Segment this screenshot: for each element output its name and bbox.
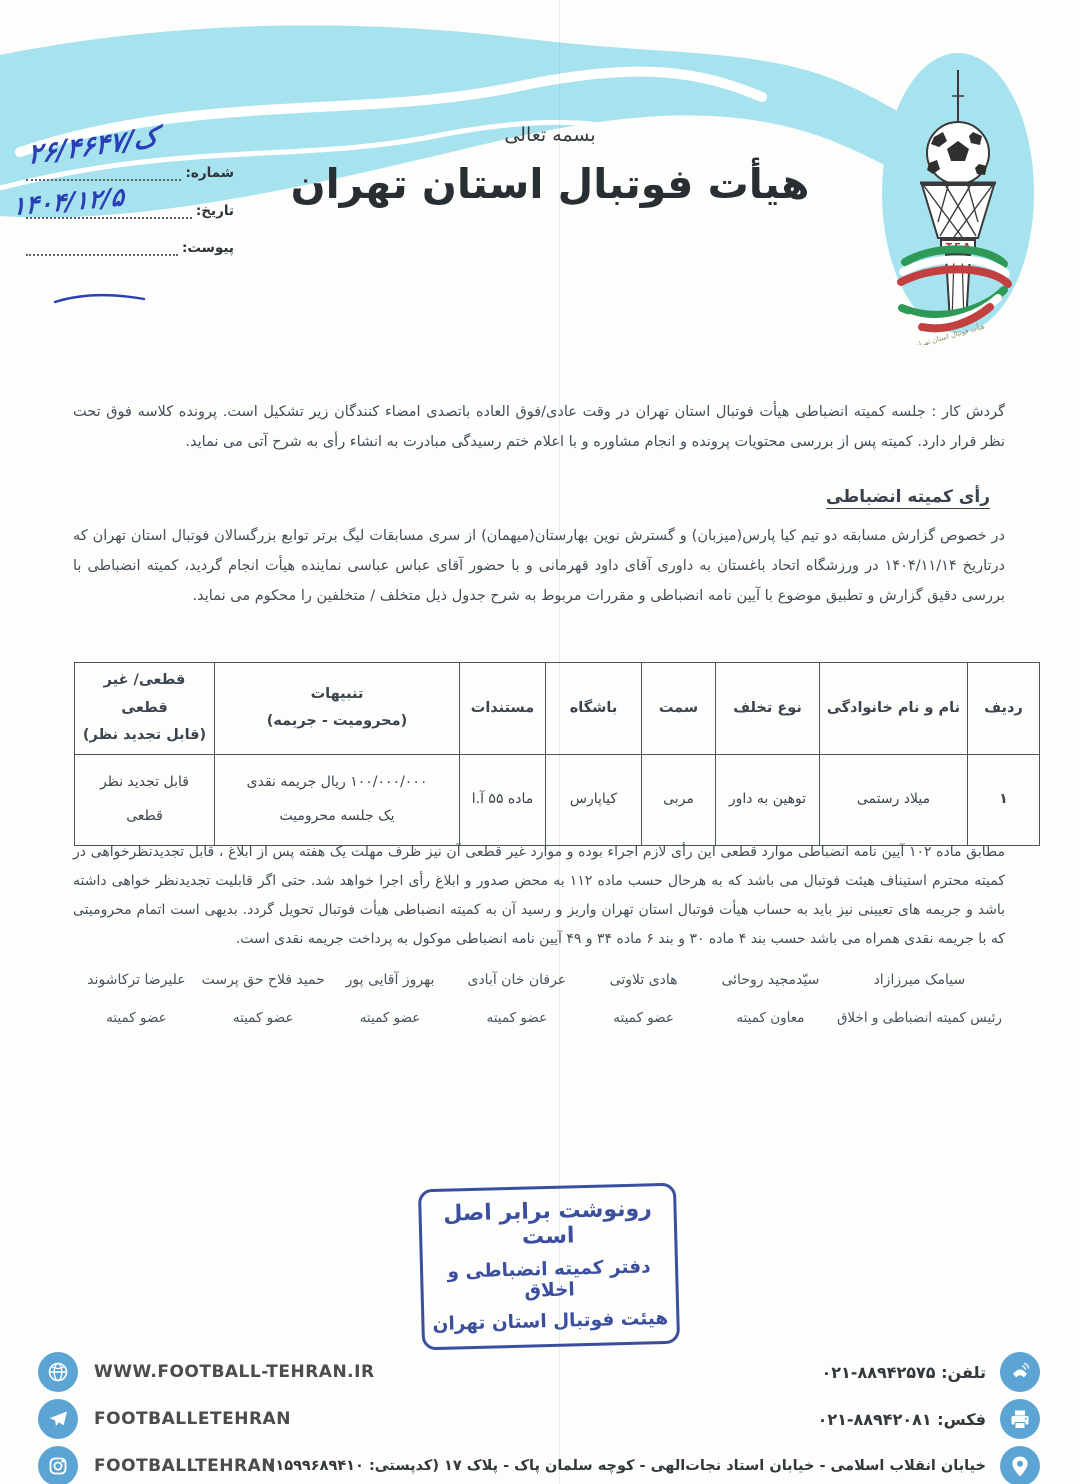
signature-item: حمید فلاح حق پرست عضو کمیته xyxy=(200,972,327,1026)
organization-title: هیأت فوتبال استان تهران xyxy=(150,160,950,208)
website-link[interactable]: WWW.FOOTBALL-TEHRAN.IR xyxy=(94,1362,375,1382)
letter-attachment-field: پیوست: xyxy=(26,238,234,257)
footer-address-row: خیابان انقلاب اسلامی - خیابان استاد نجات… xyxy=(269,1446,1040,1484)
letter-number-label: شماره: xyxy=(185,165,234,181)
instagram-icon xyxy=(38,1446,78,1484)
document-page: T.F.A هیأت فوتبال استان تهران بسمه تعالی… xyxy=(0,0,1080,1484)
col-header-club: باشگاه xyxy=(546,663,642,755)
telegram-icon xyxy=(38,1399,78,1439)
letter-attachment-line xyxy=(26,238,178,257)
col-header-finality: قطعی/ غیر قطعی (قابل تجدید نظر) xyxy=(75,663,215,755)
legal-paragraph: مطابق ماده ۱۰۲ آیین نامه انضباطی موارد ق… xyxy=(73,838,1005,954)
fax-icon xyxy=(1000,1399,1040,1439)
table-row: ۱ میلاد رستمی توهین به داور مربی کیاپارس… xyxy=(75,754,1040,845)
cell-penalties: ۱۰۰/۰۰۰/۰۰۰ ریال جریمه نقدی یک جلسه محرو… xyxy=(215,754,460,845)
col-header-evidence: مستندات xyxy=(460,663,546,755)
col-header-penalties: تنبیهات (محرومیت - جریمه) xyxy=(215,663,460,755)
case-paragraph: در خصوص گزارش مسابقه دو تیم کیا پارس(میز… xyxy=(73,521,1005,611)
signatures-row: سیامک میرزازاد رئیس کمیته انضباطی و اخلا… xyxy=(73,972,1005,1026)
cell-evidence: ماده ۵۵ آ.ا xyxy=(460,754,546,845)
fax-text: فکس: ۰۲۱-۸۸۹۴۲۰۸۱ xyxy=(818,1410,986,1429)
cell-finality: قابل تجدید نظر قطعی xyxy=(75,754,215,845)
telegram-link[interactable]: FOOTBALLETEHRAN xyxy=(94,1409,291,1429)
globe-icon xyxy=(38,1352,78,1392)
handwritten-attachment-dash xyxy=(52,291,148,307)
bismillah-text: بسمه تعالی xyxy=(150,124,950,146)
location-pin-icon xyxy=(1000,1446,1040,1484)
procedure-paragraph: گردش کار : جلسه کمیته انضباطی هیأت فوتبا… xyxy=(73,397,1005,457)
col-header-row-no: ردیف xyxy=(968,663,1040,755)
letter-meta-fields: شماره: تاریخ: پیوست: xyxy=(26,162,234,275)
footer-website-row[interactable]: WWW.FOOTBALL-TEHRAN.IR xyxy=(38,1352,375,1392)
footer-telegram-row[interactable]: FOOTBALLETEHRAN xyxy=(38,1399,291,1439)
cell-role: مربی xyxy=(642,754,716,845)
letter-date-label: تاریخ: xyxy=(196,203,234,219)
signature-item: هادی تلاوتی عضو کمیته xyxy=(580,972,707,1026)
footer-fax-row: فکس: ۰۲۱-۸۸۹۴۲۰۸۱ xyxy=(818,1399,1040,1439)
footer-phone-row: تلفن: ۰۲۱-۸۸۹۴۲۵۷۵ xyxy=(822,1352,1041,1392)
cell-name: میلاد رستمی xyxy=(820,754,968,845)
footer-instagram-row[interactable]: FOOTBALLTEHRAN xyxy=(38,1446,276,1484)
col-header-role: سمت xyxy=(642,663,716,755)
cell-club: کیاپارس xyxy=(546,754,642,845)
signature-item: سیّدمجید روحائی معاون کمیته xyxy=(707,972,834,1026)
verdict-table: ردیف نام و نام خانوادگی نوع تخلف سمت باش… xyxy=(74,662,1040,846)
cell-violation: توهین به داور xyxy=(716,754,820,845)
phone-icon xyxy=(1000,1352,1040,1392)
cell-row-no: ۱ xyxy=(968,754,1040,845)
certification-stamp: رونوشت برابر اصل است دفتر کمیته انضباطی … xyxy=(418,1183,680,1351)
letter-attachment-label: پیوست: xyxy=(182,240,234,256)
address-text: خیابان انقلاب اسلامی - خیابان استاد نجات… xyxy=(269,1458,986,1474)
signature-item: سیامک میرزازاد رئیس کمیته انضباطی و اخلا… xyxy=(834,972,1005,1026)
signature-item: بهروز آقایی پور عضو کمیته xyxy=(327,972,454,1026)
signature-item: عرفان خان آبادی عضو کمیته xyxy=(453,972,580,1026)
signature-item: علیرضا ترکاشوند عضو کمیته xyxy=(73,972,200,1026)
verdict-heading: رأی کمیته انضباطی xyxy=(826,487,990,507)
col-header-violation: نوع تخلف xyxy=(716,663,820,755)
phone-text: تلفن: ۰۲۱-۸۸۹۴۲۵۷۵ xyxy=(822,1363,987,1382)
instagram-link[interactable]: FOOTBALLTEHRAN xyxy=(94,1456,276,1476)
table-header-row: ردیف نام و نام خانوادگی نوع تخلف سمت باش… xyxy=(75,663,1040,755)
col-header-name: نام و نام خانوادگی xyxy=(820,663,968,755)
